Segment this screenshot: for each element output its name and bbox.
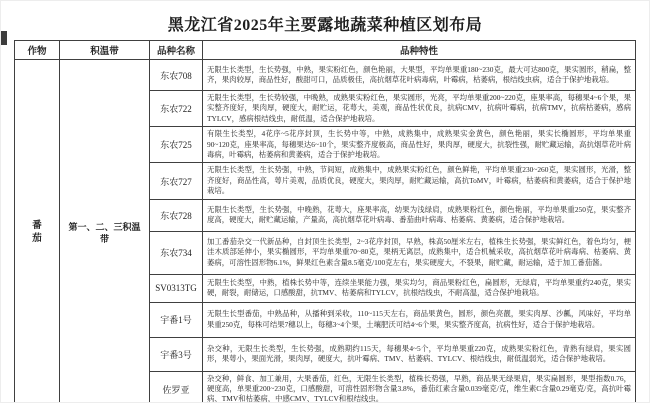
col-header-variety: 品种名称	[150, 41, 203, 60]
traits-cell: 无限生长类型，生长势较强，中晚熟，成熟果实粉红色，果实圆形，光亮，平均单果重20…	[203, 91, 636, 127]
col-header-traits: 品种特性	[203, 41, 636, 60]
crop-label: 番茄	[32, 220, 42, 246]
table-row: 番茄第一、二、三积温带东农708无限生长类型，生长势强，中熟，果实粉红色，颜色艳…	[15, 60, 636, 91]
traits-cell: 杂交种，无限生长类型，生长势强，成熟期约115天，每穗果4~5个，平均单果重22…	[203, 337, 636, 371]
traits-cell: 无限生长型番茄，中熟品种，从播种到采收，110~115天左右，商品果黄色，圆形，…	[203, 302, 636, 337]
variety-cell: 东农728	[150, 199, 203, 231]
page-title: 黑龙江省2025年主要露地蔬菜种植区划布局	[1, 1, 649, 35]
variety-cell: 宇番3号	[150, 337, 203, 371]
traits-cell: 无限生长类型，中熟，植株长势中等，连续坐果能力强，果实均匀，商品果粉红色，扁圆形…	[203, 274, 636, 302]
table-body: 番茄第一、二、三积温带东农708无限生长类型，生长势强，中熟，果实粉红色，颜色艳…	[15, 60, 636, 403]
varieties-table: 作物 积温带 品种名称 品种特性 番茄第一、二、三积温带东农708无限生长类型，…	[14, 40, 636, 403]
traits-cell: 有限生长类型，4花序~5花序封顶，生长势中等，中熟，成熟集中，成熟果实金黄色，颜…	[203, 127, 636, 163]
table-header-row: 作物 积温带 品种名称 品种特性	[15, 41, 636, 60]
traits-cell: 无限生长类型，生长势强，中熟，果实粉红色，颜色艳丽，大果型，平均单果重180~2…	[203, 60, 636, 91]
variety-cell: 东农734	[150, 231, 203, 274]
zone-cell: 第一、二、三积温带	[60, 60, 150, 403]
variety-cell: 东农708	[150, 60, 203, 91]
left-edge-mark	[1, 31, 7, 45]
document-page: 黑龙江省2025年主要露地蔬菜种植区划布局 作物 积温带 品种名称 品种特性 番…	[0, 0, 650, 403]
varieties-table-wrapper: 作物 积温带 品种名称 品种特性 番茄第一、二、三积温带东农708无限生长类型，…	[14, 40, 636, 403]
variety-cell: 东农725	[150, 127, 203, 163]
col-header-crop: 作物	[15, 41, 60, 60]
traits-cell: 杂交种，鲜食、加工兼用，大果番茄，红色，无限生长类型，植株长势强，早熟，商品果无…	[203, 371, 636, 403]
crop-cell: 番茄	[15, 60, 60, 403]
variety-cell: 东农727	[150, 163, 203, 199]
variety-cell: 宇番1号	[150, 302, 203, 337]
variety-cell: 佐罗亚	[150, 371, 203, 403]
traits-cell: 无限生长类型，生长势强，中晚熟，花萼大，座果率高，幼果为浅绿肩，成熟果粉红色，颜…	[203, 199, 636, 231]
zone-label: 第一、二、三积温带	[66, 221, 144, 245]
variety-cell: SV0313TG	[150, 274, 203, 302]
traits-cell: 加工番茄杂交一代新品种，自封顶生长类型，2~3花序封顶，早熟，株高50厘米左右，…	[203, 231, 636, 274]
traits-cell: 无限生长类型，生长势强，中熟，节间短，成熟集中，成熟果实粉红色，颜色鲜艳，平均单…	[203, 163, 636, 199]
col-header-zone: 积温带	[60, 41, 150, 60]
variety-cell: 东农722	[150, 91, 203, 127]
